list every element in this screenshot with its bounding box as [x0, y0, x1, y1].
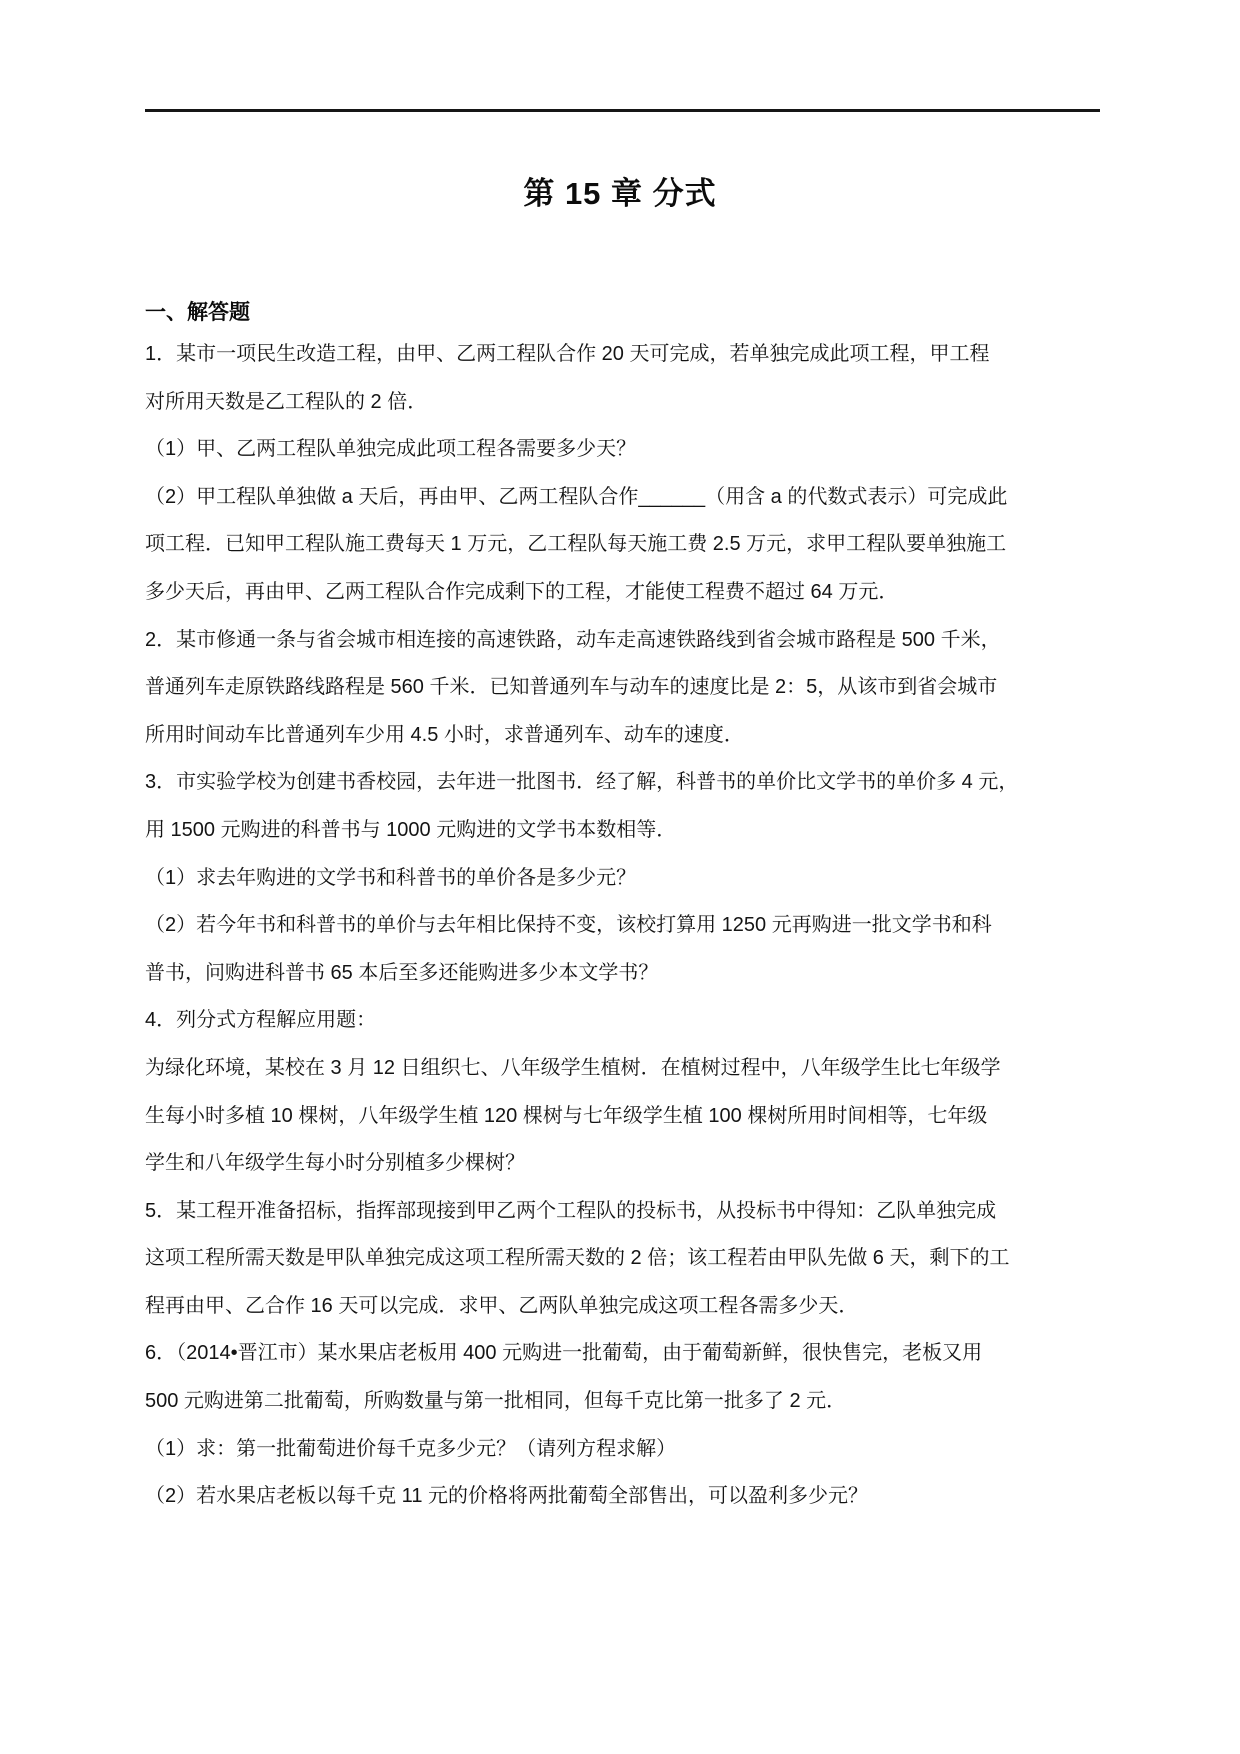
problem-line: （2）若今年书和科普书的单价与去年相比保持不变，该校打算用 1250 元再购进一… — [145, 902, 1105, 950]
header-rule — [145, 109, 1100, 112]
section-heading: 一、解答题 — [145, 300, 1105, 325]
problem-3: 3．市实验学校为创建书香校园，去年进一批图书．经了解，科普书的单价比文学书的单价… — [145, 759, 1105, 997]
problem-line: （2）甲工程队单独做 a 天后，再由甲、乙两工程队合作______（用含 a 的… — [145, 474, 1105, 522]
problem-line: 多少天后，再由甲、乙两工程队合作完成剩下的工程，才能使工程费不超过 64 万元． — [145, 569, 1105, 617]
problem-2: 2．某市修通一条与省会城市相连接的高速铁路，动车走高速铁路线到省会城市路程是 5… — [145, 617, 1105, 760]
problem-5: 5．某工程开准备招标，指挥部现接到甲乙两个工程队的投标书，从投标书中得知：乙队单… — [145, 1188, 1105, 1331]
problem-4: 4．列分式方程解应用题： 为绿化环境，某校在 3 月 12 日组织七、八年级学生… — [145, 997, 1105, 1187]
problem-line: 5．某工程开准备招标，指挥部现接到甲乙两个工程队的投标书，从投标书中得知：乙队单… — [145, 1188, 1105, 1236]
problem-line: 学生和八年级学生每小时分别植多少棵树？ — [145, 1140, 1105, 1188]
problem-line: 4．列分式方程解应用题： — [145, 997, 1105, 1045]
problem-line: （2）若水果店老板以每千克 11 元的价格将两批葡萄全部售出，可以盈利多少元？ — [145, 1473, 1105, 1521]
document-page: 第 15 章 分式 一、解答题 1．某市一项民生改造工程，由甲、乙两工程队合作 … — [0, 0, 1240, 1754]
problem-6: 6．（2014•晋江市）某水果店老板用 400 元购进一批葡萄，由于葡萄新鲜，很… — [145, 1330, 1105, 1520]
problem-line: 2．某市修通一条与省会城市相连接的高速铁路，动车走高速铁路线到省会城市路程是 5… — [145, 617, 1105, 665]
problem-line: 普书，问购进科普书 65 本后至多还能购进多少本文学书？ — [145, 950, 1105, 998]
problem-line: 所用时间动车比普通列车少用 4.5 小时，求普通列车、动车的速度． — [145, 712, 1105, 760]
problem-line: 500 元购进第二批葡萄，所购数量与第一批相同，但每千克比第一批多了 2 元． — [145, 1378, 1105, 1426]
problem-line: 用 1500 元购进的科普书与 1000 元购进的文学书本数相等． — [145, 807, 1105, 855]
problem-line: 普通列车走原铁路线路程是 560 千米．已知普通列车与动车的速度比是 2：5，从… — [145, 664, 1105, 712]
problem-line: 为绿化环境，某校在 3 月 12 日组织七、八年级学生植树．在植树过程中，八年级… — [145, 1045, 1105, 1093]
document-body: 一、解答题 1．某市一项民生改造工程，由甲、乙两工程队合作 20 天可完成，若单… — [0, 300, 1240, 1521]
problem-1: 1．某市一项民生改造工程，由甲、乙两工程队合作 20 天可完成，若单独完成此项工… — [145, 331, 1105, 617]
page-title: 第 15 章 分式 — [0, 174, 1240, 214]
problem-line: 6．（2014•晋江市）某水果店老板用 400 元购进一批葡萄，由于葡萄新鲜，很… — [145, 1330, 1105, 1378]
problem-line: （1）甲、乙两工程队单独完成此项工程各需要多少天？ — [145, 426, 1105, 474]
problem-line: 这项工程所需天数是甲队单独完成这项工程所需天数的 2 倍；该工程若由甲队先做 6… — [145, 1235, 1105, 1283]
problem-line: 对所用天数是乙工程队的 2 倍． — [145, 379, 1105, 427]
problem-line: （1）求去年购进的文学书和科普书的单价各是多少元？ — [145, 855, 1105, 903]
problem-line: 项工程．已知甲工程队施工费每天 1 万元，乙工程队每天施工费 2.5 万元，求甲… — [145, 521, 1105, 569]
problem-line: 3．市实验学校为创建书香校园，去年进一批图书．经了解，科普书的单价比文学书的单价… — [145, 759, 1105, 807]
problem-line: （1）求：第一批葡萄进价每千克多少元？（请列方程求解） — [145, 1426, 1105, 1474]
problem-line: 程再由甲、乙合作 16 天可以完成．求甲、乙两队单独完成这项工程各需多少天． — [145, 1283, 1105, 1331]
problem-line: 1．某市一项民生改造工程，由甲、乙两工程队合作 20 天可完成，若单独完成此项工… — [145, 331, 1105, 379]
problem-line: 生每小时多植 10 棵树，八年级学生植 120 棵树与七年级学生植 100 棵树… — [145, 1093, 1105, 1141]
